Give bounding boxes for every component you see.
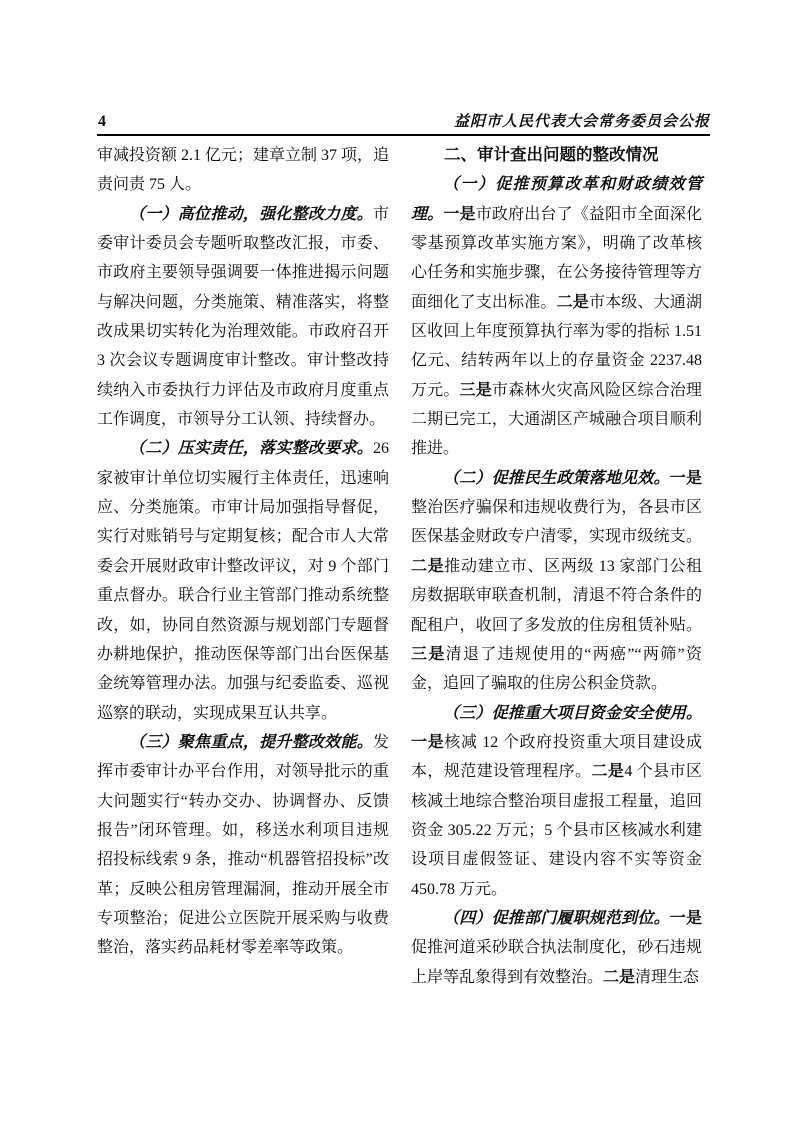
page-number: 4 (98, 113, 106, 131)
paragraph-item-2: （二）压实责任，落实整改要求。26 家被审计单位切实履行主体责任，迅速响应、分类… (97, 434, 389, 727)
paragraph-item-3: （三）促推重大项目资金安全使用。一是核减 12 个政府投资重大项目建设成本，规范… (411, 699, 702, 904)
text-segment-normal: 二、审计查出问题的整改情况 (444, 146, 659, 164)
text-segment-kai: （一）高位推动，强化整改力度。 (129, 206, 373, 223)
text-segment-normal: 审减投资额 2.1 亿元；建章立制 37 项，追责问责 75 人。 (97, 147, 389, 193)
text-segment-normal: 清退了违规使用的“两癌”“两筛”资金，追回了骗取的住房公积金贷款。 (411, 646, 702, 692)
section-heading: 二、审计查出问题的整改情况 (411, 141, 702, 170)
text-segment-normal: 整治医疗骗保和违规收费行为，各县市区医保基金财政专户清零，实现市级统支。 (411, 499, 702, 545)
paragraph-continuation: 审减投资额 2.1 亿元；建章立制 37 项，追责问责 75 人。 (97, 141, 389, 200)
text-segment-kai: （三）聚焦重点，提升整改效能。 (129, 734, 373, 751)
right-column: 二、审计查出问题的整改情况（一）促推预算改革和财政绩效管理。一是市政府出台了《益… (411, 141, 702, 992)
text-segment-kai: （二）压实责任，落实整改要求。 (129, 440, 373, 457)
text-segment-kai: （四）促推部门履职规范到位。 (443, 910, 670, 927)
text-segment-em: 一是 (443, 206, 475, 223)
text-segment-normal: 清理生态 (635, 969, 699, 986)
text-segment-normal: 发挥市委审计办平台作用，对领导批示的重大问题实行“转办交办、协调督办、反馈报告”… (97, 734, 389, 956)
bulletin-page: 4 益阳市人民代表大会常务委员会公报 审减投资额 2.1 亿元；建章立制 37 … (0, 0, 794, 1122)
text-segment-kai: （三）促推重大项目资金安全使用。 (443, 705, 702, 722)
text-segment-em: 三是 (411, 646, 446, 663)
paragraph-item-1: （一）促推预算改革和财政绩效管理。一是市政府出台了《益阳市全面深化零基预算改革实… (411, 170, 702, 463)
left-column: 审减投资额 2.1 亿元；建章立制 37 项，追责问责 75 人。（一）高位推动… (97, 141, 389, 963)
text-segment-em: 二是 (603, 969, 635, 986)
text-segment-em: 一是 (670, 470, 702, 487)
text-segment-normal: 推动建立市、区两级 13 家部门公租房数据联审联查机制，清退不符合条件的配租户，… (411, 558, 702, 634)
text-segment-em: 二是 (557, 294, 589, 311)
paragraph-item-2: （二）促推民生政策落地见效。一是整治医疗骗保和违规收费行为，各县市区医保基金财政… (411, 464, 702, 699)
text-segment-normal: 26 家被审计单位切实履行主体责任，迅速响应、分类施策。市审计局加强指导督促，实… (97, 440, 389, 721)
text-segment-em: 二是 (592, 763, 625, 780)
header-title: 益阳市人民代表大会常务委员会公报 (454, 110, 710, 131)
text-segment-kai: （二）促推民生政策落地见效。 (443, 470, 670, 487)
text-segment-em: 二是 (411, 558, 444, 575)
paragraph-item-1: （一）高位推动，强化整改力度。市委审计委员会专题听取整改汇报，市委、市政府主要领… (97, 200, 389, 435)
paragraph-item-4: （四）促推部门履职规范到位。一是促推河道采砂联合执法制度化，砂石违规上岸等乱象得… (411, 904, 702, 992)
text-segment-em: 三是 (460, 382, 492, 399)
paragraph-item-3: （三）聚焦重点，提升整改效能。发挥市委审计办平台作用，对领导批示的重大问题实行“… (97, 728, 389, 963)
running-header: 4 益阳市人民代表大会常务委员会公报 (97, 108, 710, 134)
text-segment-normal: 市委审计委员会专题听取整改汇报，市委、市政府主要领导强调要一体推进揭示问题与解决… (97, 206, 389, 428)
text-segment-em: 一是 (670, 910, 702, 927)
header-rule (97, 134, 710, 136)
text-segment-normal: 4 个县市区核减土地综合整治项目虚报工程量，追回资金 305.22 万元；5 个… (411, 763, 702, 897)
text-segment-em: 一是 (411, 734, 444, 751)
